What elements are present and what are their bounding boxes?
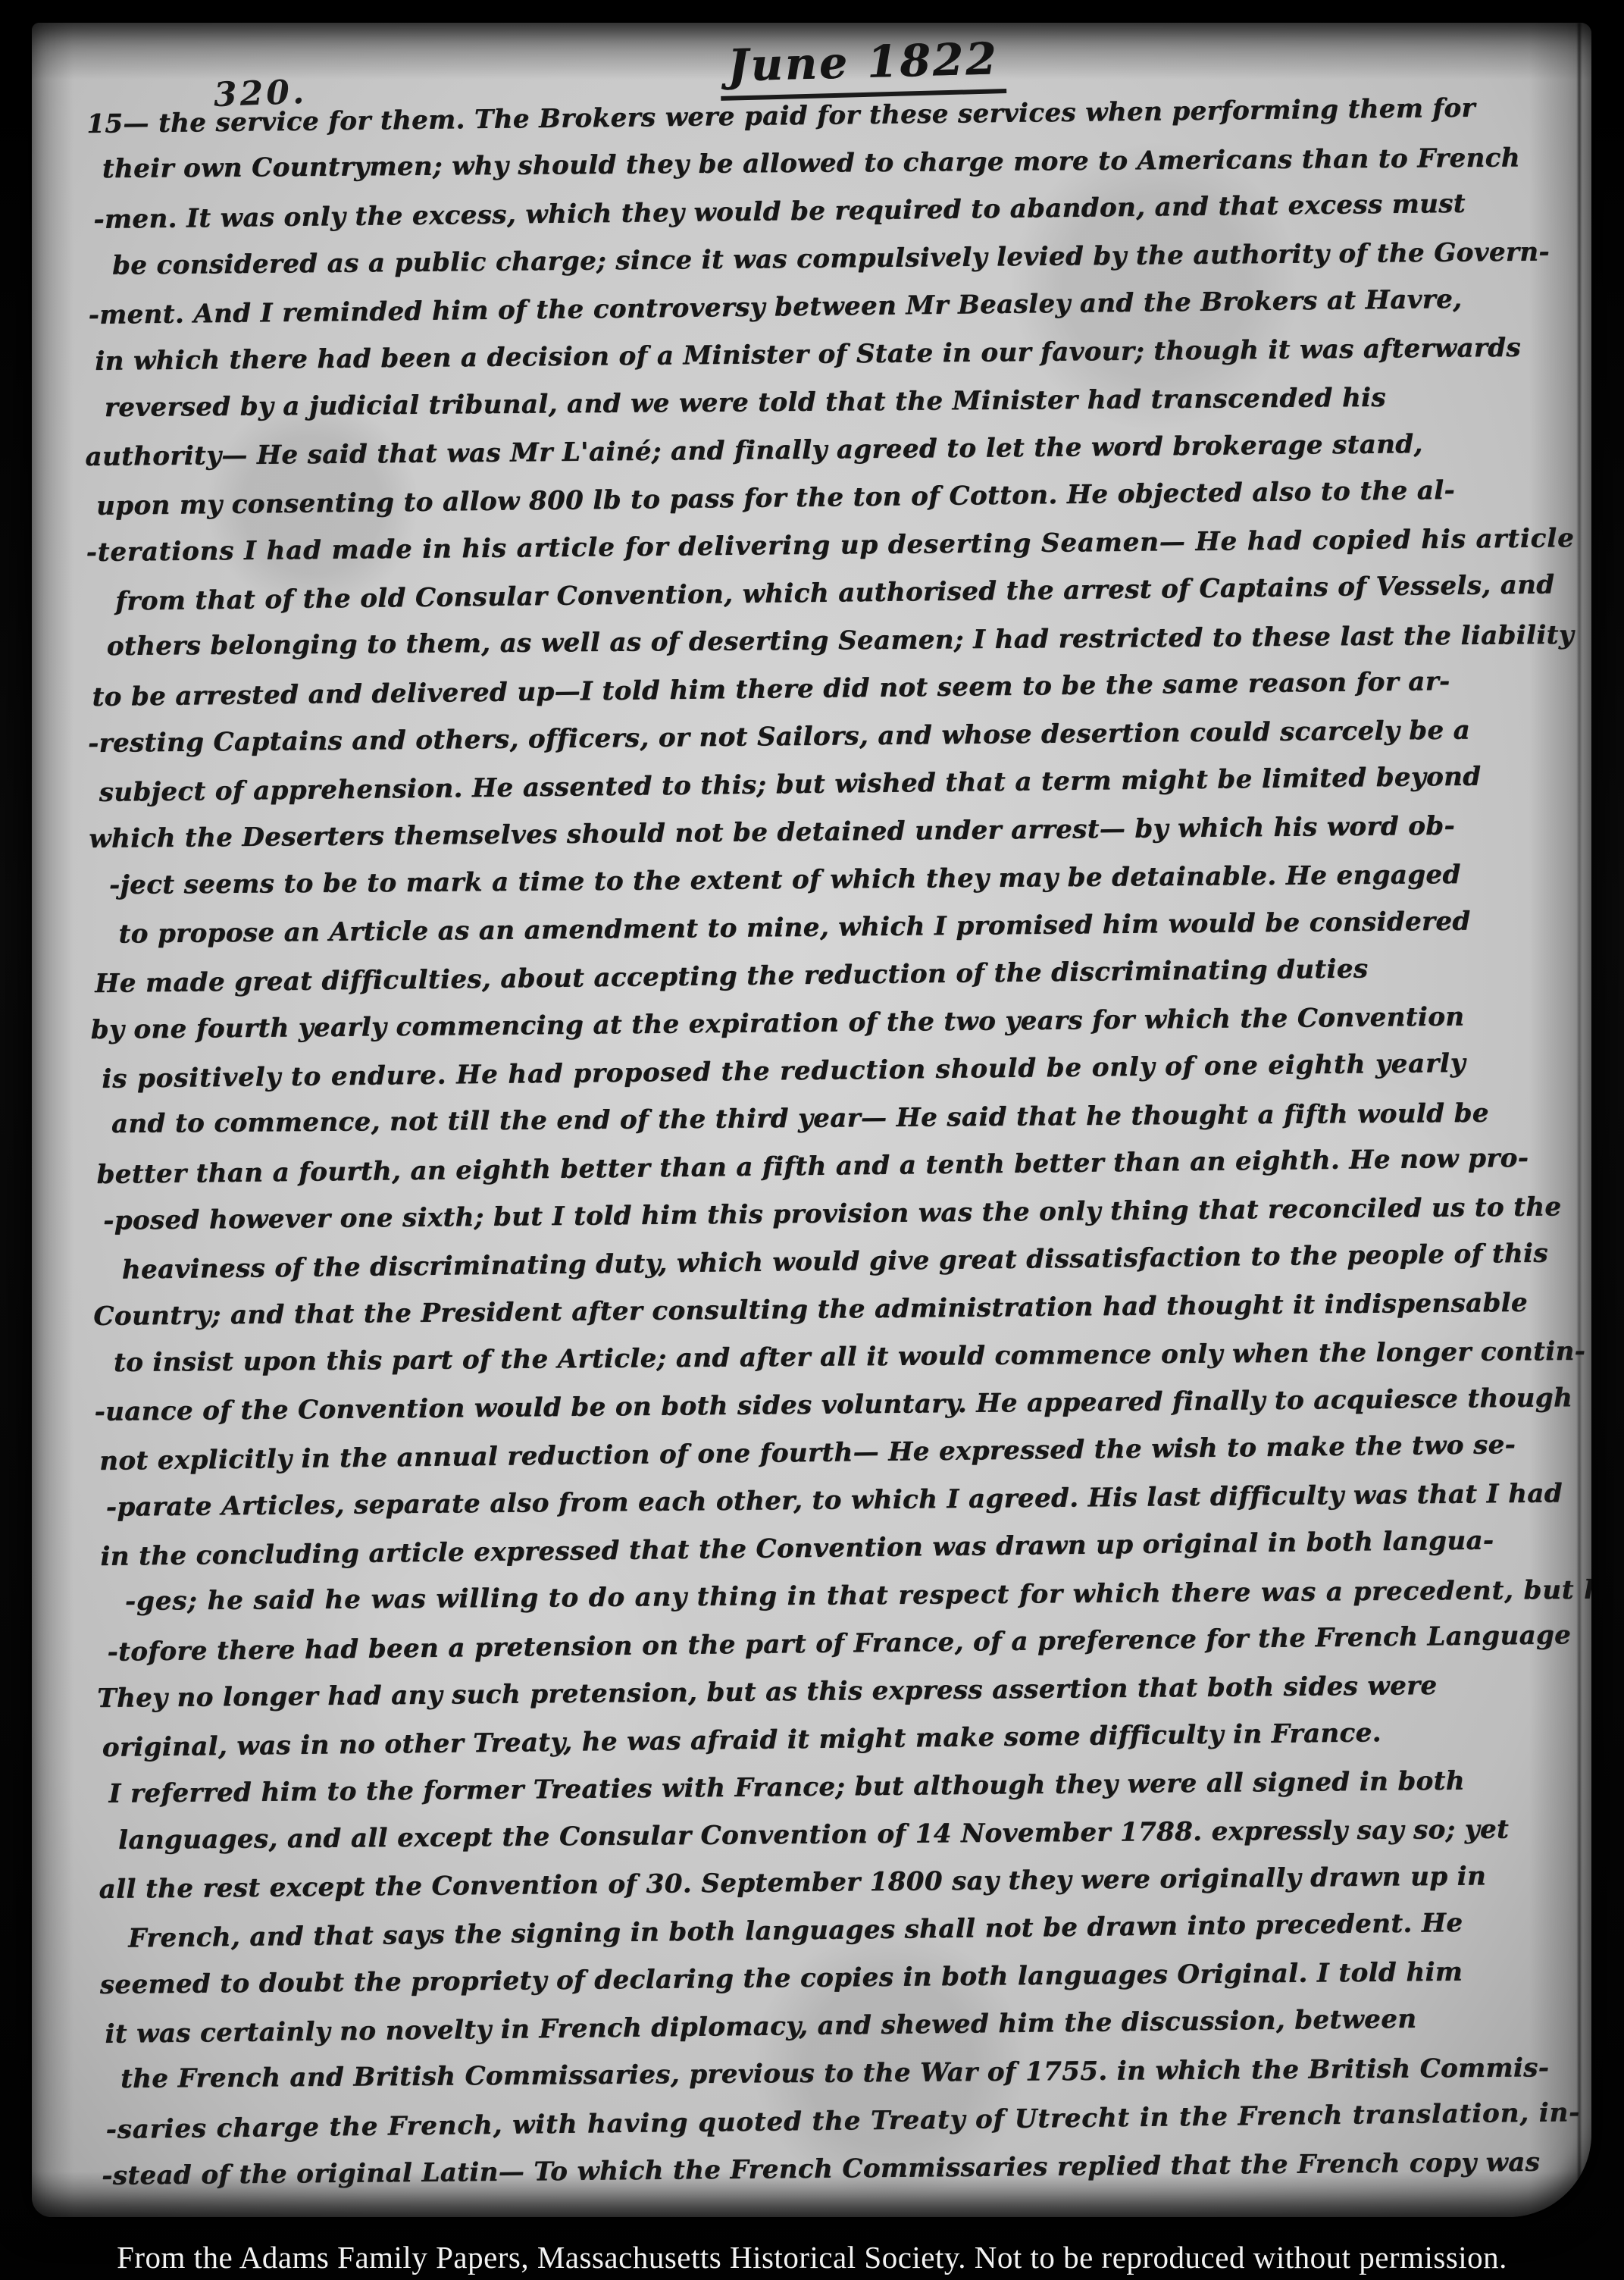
manuscript-paper: 320. June 1822 15— the service for them.… [32, 23, 1591, 2217]
header-date: June 1822 [719, 33, 1006, 101]
footer-credit: From the Adams Family Papers, Massachuse… [0, 2239, 1624, 2275]
manuscript-body: 15— the service for them. The Brokers we… [82, 93, 1591, 2209]
manuscript-scan: 320. June 1822 15— the service for them.… [0, 0, 1624, 2280]
